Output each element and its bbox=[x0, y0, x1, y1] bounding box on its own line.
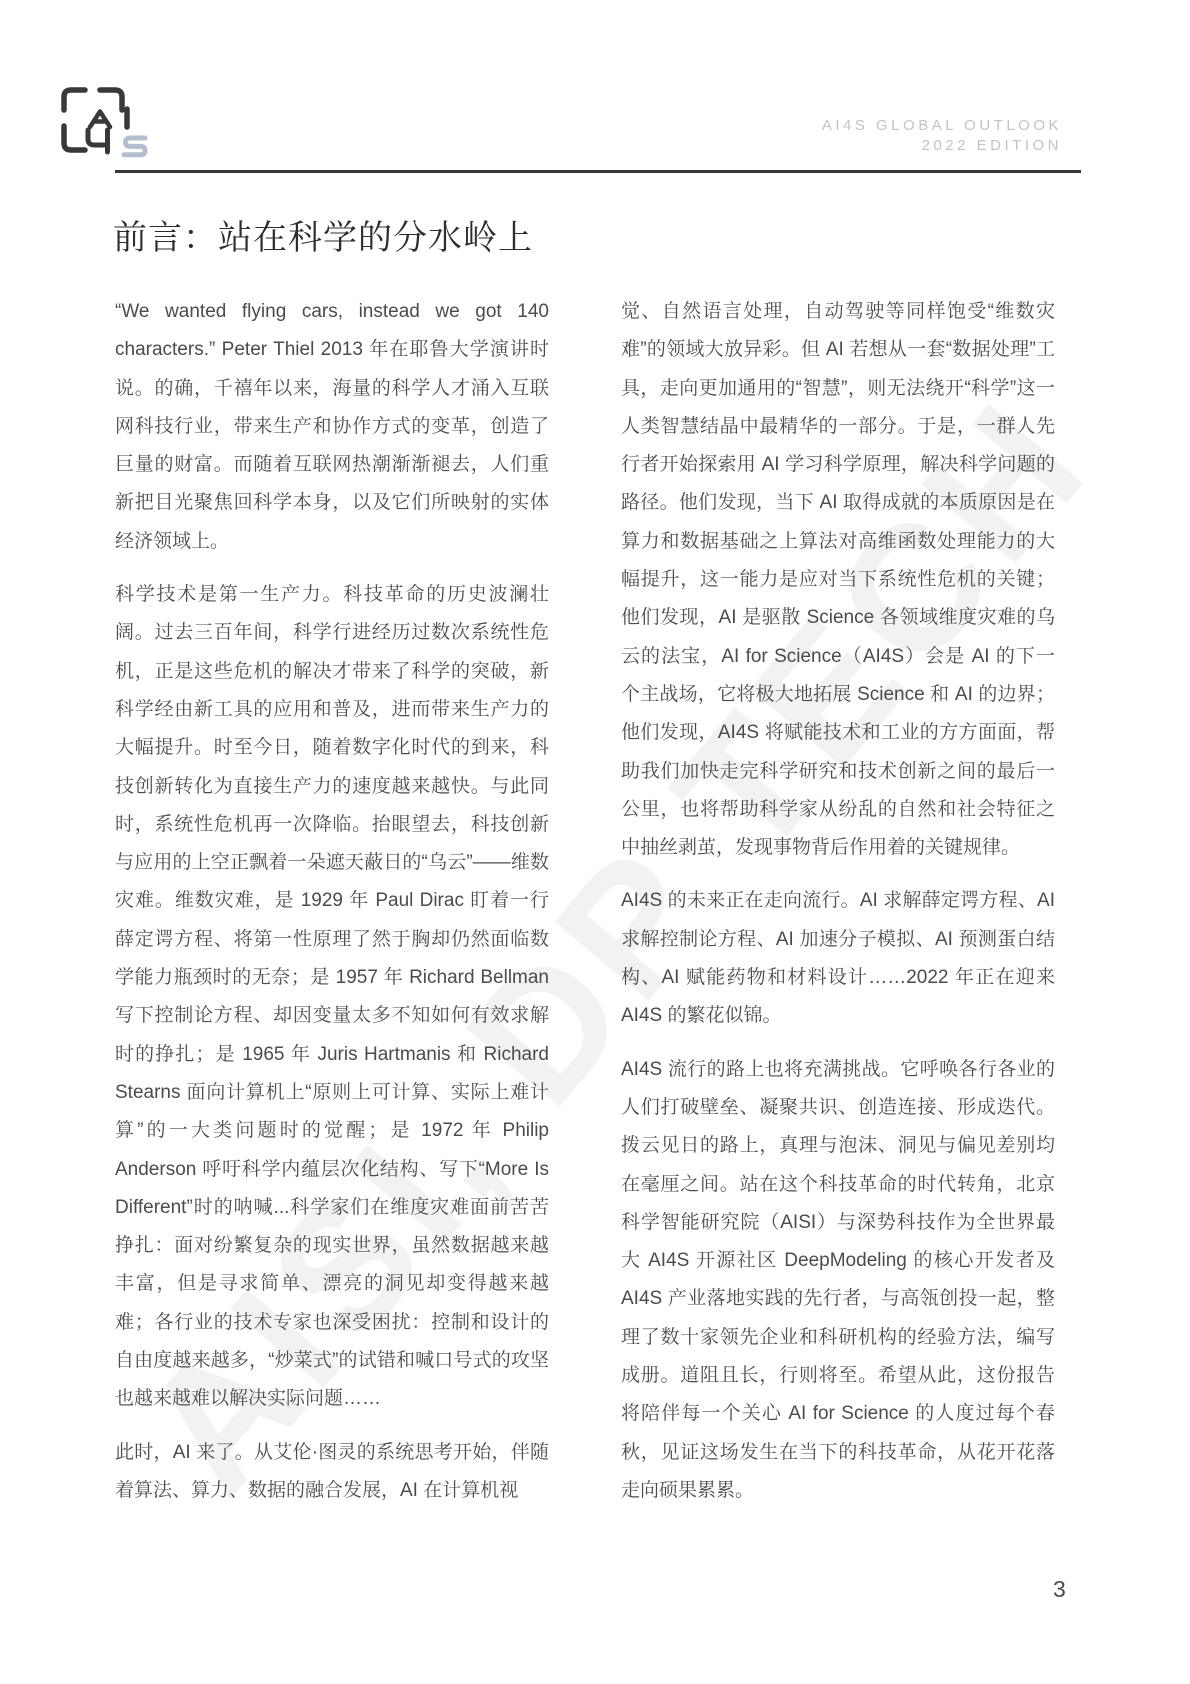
logo-corner-top-right bbox=[100, 90, 122, 110]
logo-corner-top-left bbox=[64, 90, 85, 110]
page-number: 3 bbox=[1053, 1576, 1066, 1603]
body-paragraph: 此时，AI 来了。从艾伦·图灵的系统思考开始，伴随着算法、算力、数据的融合发展，… bbox=[115, 1434, 549, 1511]
header-divider bbox=[115, 170, 1081, 173]
body-paragraph: “We wanted flying cars, instead we got 1… bbox=[115, 293, 549, 561]
header-meta-line2: 2022 EDITION bbox=[822, 136, 1062, 156]
right-column: 觉、自然语言处理，自动驾驶等同样饱受“维数灾难”的领域大放异彩。但 AI 若想从… bbox=[621, 293, 1055, 1525]
ai4s-logo bbox=[60, 86, 150, 160]
logo-letter-a bbox=[90, 112, 110, 128]
body-paragraph: 觉、自然语言处理，自动驾驶等同样饱受“维数灾难”的领域大放异彩。但 AI 若想从… bbox=[621, 293, 1055, 867]
left-column: “We wanted flying cars, instead we got 1… bbox=[115, 293, 549, 1525]
logo-letter-s bbox=[124, 138, 145, 155]
body-paragraph: 科学技术是第一生产力。科技革命的历史波澜壮阔。过去三百年间，科学行进经历过数次系… bbox=[115, 576, 549, 1419]
logo-glyph-4 bbox=[88, 130, 108, 152]
header-meta: AI4S GLOBAL OUTLOOK 2022 EDITION bbox=[822, 116, 1062, 156]
page-title: 前言：站在科学的分水岭上 bbox=[113, 210, 533, 259]
report-page: AISI, DP TECH AI4S GLOBAL OUTLOOK 2022 E… bbox=[0, 0, 1190, 1684]
logo-corner-bottom-left bbox=[64, 126, 85, 150]
body-paragraph: AI4S 的未来正在走向流行。AI 求解薛定谔方程、AI 求解控制论方程、AI … bbox=[621, 882, 1055, 1035]
header-meta-line1: AI4S GLOBAL OUTLOOK bbox=[822, 116, 1062, 136]
body-columns: “We wanted flying cars, instead we got 1… bbox=[115, 293, 1055, 1525]
body-paragraph: AI4S 流行的路上也将充满挑战。它呼唤各行各业的人们打破壁垒、凝聚共识、创造连… bbox=[621, 1051, 1055, 1511]
